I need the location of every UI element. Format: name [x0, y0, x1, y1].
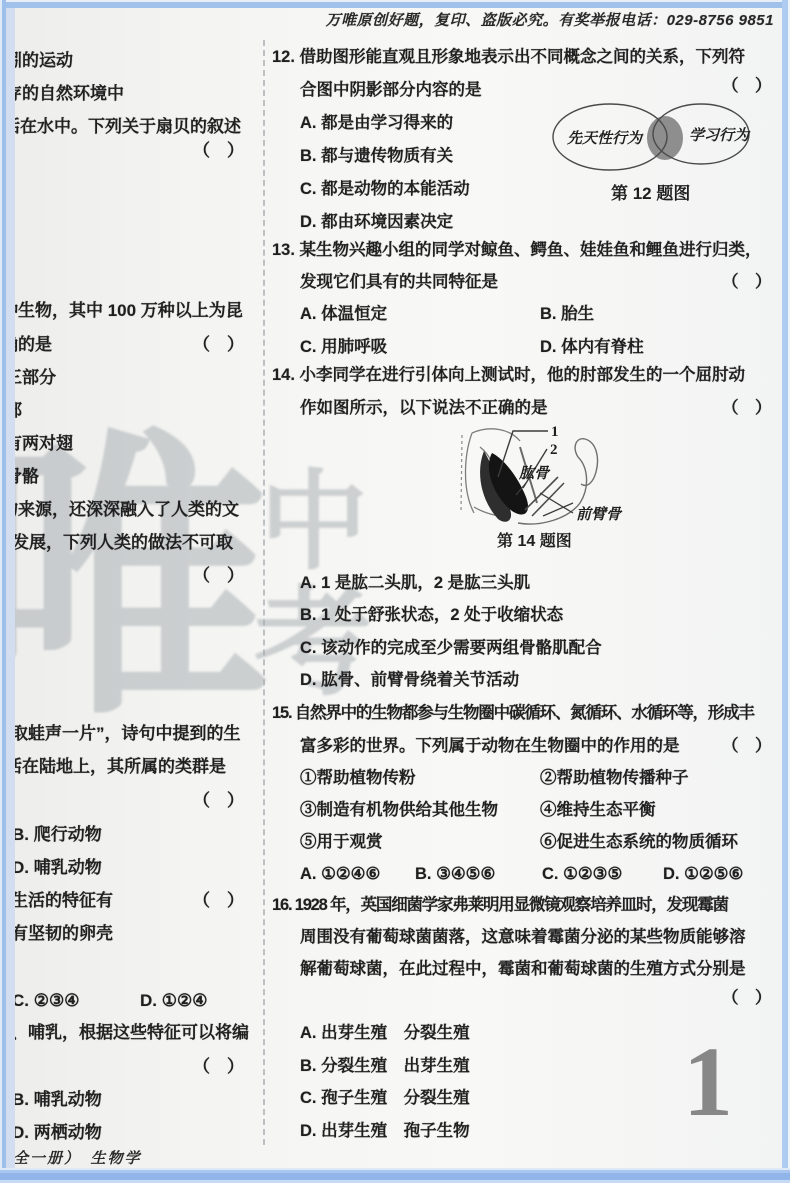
text-line: ⑤用于观赏	[300, 832, 383, 853]
text-line: 13. 某生物兴趣小组的同学对鲸鱼、鳄鱼、娃娃鱼和鲤鱼进行归类，	[272, 240, 762, 261]
text-line: C. 用肺呼吸	[300, 337, 387, 358]
text-line: 富多彩的世界。下列属于动物在生物圈中的作用的是	[300, 736, 680, 757]
text-line: B. 胎生	[540, 304, 594, 325]
page-border-left	[0, 0, 6, 1183]
footer-book-label: （全一册） 生物学	[0, 1147, 142, 1168]
text-line: （ ）	[722, 272, 772, 293]
venn-left-label: 先天性行为	[566, 130, 644, 147]
forearm-label: 前臂骨	[576, 505, 623, 523]
text-line: A. 都是由学习得来的	[300, 113, 453, 134]
arm-label-2: 2	[550, 442, 558, 458]
exam-page: 万唯原创好题，复印、盗版必究。有奖举报电话：029-8756 9851 唯 中 …	[0, 0, 790, 1183]
text-line: 14. 小李同学在进行引体向上测试时，他的肘部发生的一个屈肘动	[272, 365, 745, 386]
text-line: C. 孢子生殖 分裂生殖	[300, 1088, 470, 1109]
page-number: 1	[683, 1032, 733, 1132]
text-line: A. ①②④⑥	[300, 864, 380, 885]
text-line: A. 出芽生殖 分裂生殖	[300, 1023, 470, 1044]
text-line: ④维持生态平衡	[540, 800, 656, 821]
arm-caption: 第 14 题图	[497, 531, 572, 550]
text-line: ①帮助植物传粉	[300, 768, 416, 789]
text-line: D. 出芽生殖 孢子生物	[300, 1121, 470, 1142]
text-line: D. ①②⑤⑥	[663, 864, 743, 885]
text-line: ②帮助植物传播种子	[540, 768, 689, 789]
text-line: B. 都与遗传物质有关	[300, 146, 453, 167]
humerus-label: 肱骨	[518, 465, 551, 482]
text-line: C. ①②③⑤	[542, 864, 622, 885]
venn-caption: 第 12 题图	[611, 183, 690, 203]
text-line: D. 都由环境因素决定	[300, 212, 453, 233]
text-line: B. 1 处于舒张状态，2 处于收缩状态	[300, 605, 563, 626]
text-line: 发现它们具有的共同特征是	[300, 272, 498, 293]
text-line: 周围没有葡萄球菌菌落，这意味着霉菌分泌的某些物质能够溶	[300, 927, 746, 948]
text-line: （ ）	[722, 736, 772, 757]
venn-diagram: 先天性行为 学习行为 第 12 题图	[545, 95, 760, 210]
arm-dashed-line	[461, 435, 462, 513]
text-line: A. 1 是肱二头肌，2 是肱三头肌	[300, 573, 530, 594]
text-line: B. 分裂生殖 出芽生殖	[300, 1056, 470, 1077]
text-line: ⑥促进生态系统的物质循环	[540, 832, 738, 853]
text-line: （ ）	[722, 398, 772, 419]
text-line: B. ③④⑤⑥	[415, 864, 495, 885]
arm-label-1: 1	[551, 424, 559, 440]
text-line: 合图中阴影部分内容的是	[300, 80, 482, 101]
left-margin-strip	[6, 8, 15, 1168]
text-line: ③制造有机物供给其他生物	[300, 800, 498, 821]
text-line: C. 都是动物的本能活动	[300, 179, 470, 200]
text-line: D. 体内有脊柱	[540, 337, 644, 358]
text-line: （ ）	[722, 76, 772, 97]
arm-diagram: 1 2 肱骨 前臂骨 第 14 题图	[440, 415, 645, 555]
text-line: 15. 自然界中的生物都参与生物圈中碳循环、氮循环、水循环等，形成丰	[272, 703, 754, 724]
text-line: 12. 借助图形能直观且形象地表示出不同概念之间的关系，下列符	[272, 47, 745, 68]
text-line: 解葡萄球菌，在此过程中，霉菌和葡萄球菌的生殖方式分别是	[300, 959, 746, 980]
text-line: A. 体温恒定	[300, 304, 387, 325]
header-notice: 万唯原创好题，复印、盗版必究。有奖举报电话：029-8756 9851	[326, 9, 774, 30]
page-border-bottom	[0, 1168, 790, 1183]
text-line: D. 肱骨、前臂骨绕着关节活动	[300, 670, 519, 691]
page-border-right	[782, 0, 790, 1183]
page-border-top	[0, 0, 790, 8]
text-line: （ ）	[722, 988, 772, 1009]
text-line: 16. 1928 年，英国细菌学家弗莱明用显微镜观察培养皿时，发现霉菌	[272, 895, 728, 916]
text-line: C. 该动作的完成至少需要两组骨骼肌配合	[300, 638, 602, 659]
venn-right-label: 学习行为	[689, 127, 751, 144]
